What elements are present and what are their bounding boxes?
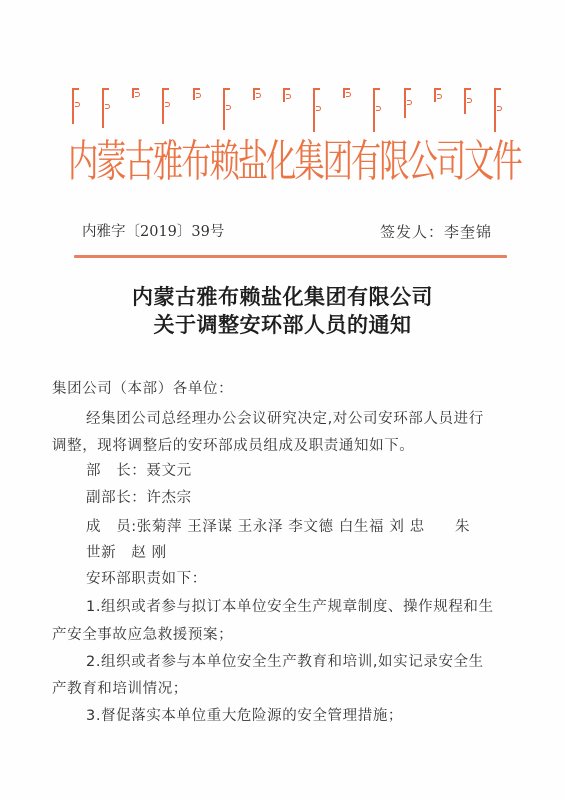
roster-deputy: 副部长：许杰宗 [86, 488, 546, 508]
document-title-line-1: 内蒙古雅布赖盐化集团有限公司 [0, 283, 565, 311]
mongolian-glyph [132, 88, 142, 98]
duty-item-2: 2.组织或者参与本单位安全生产教育和培训,如实记录安全生 [86, 652, 546, 672]
mongolian-glyph [193, 88, 203, 100]
paragraph-line: 调整，现将调整后的安环部成员组成及职责通知如下。 [52, 436, 512, 456]
mongolian-glyph [72, 88, 82, 124]
salutation: 集团公司（本部）各单位： [52, 379, 512, 399]
mongolian-script-header [72, 88, 504, 134]
mongolian-glyph [102, 88, 112, 128]
mongolian-glyph [313, 88, 323, 132]
mongolian-glyph [223, 88, 233, 130]
mongolian-glyph [464, 88, 474, 114]
mongolian-glyph [253, 88, 263, 100]
duty-item-3: 3.督促落实本单位重大危险源的安全管理措施； [86, 706, 546, 726]
mongolian-glyph [343, 88, 353, 98]
masthead-title: 内蒙古雅布赖盐化集团有限公司文件 [68, 134, 372, 190]
duty-item-1-continued: 产安全事故应急救援预案； [52, 625, 512, 645]
paragraph-line: 经集团公司总经理办公会议研究决定,对公司安环部人员进行 [86, 409, 546, 429]
document-title-line-2: 关于调整安环部人员的通知 [0, 311, 565, 339]
signer: 签发人：李奎锦 [380, 222, 492, 242]
mongolian-glyph [283, 88, 293, 102]
red-divider-line [74, 255, 507, 258]
roster-members: 成 员:张菊萍 王泽谋 王永泽 李文德 白生福 刘 忠 朱 [86, 517, 546, 537]
mongolian-glyph [404, 88, 414, 118]
mongolian-glyph [162, 88, 172, 124]
mongolian-glyph [434, 88, 444, 102]
document-number: 内雅字〔2019〕39号 [82, 222, 224, 242]
duty-item-1: 1.组织或者参与拟订本单位安全生产规章制度、操作规程和生 [86, 597, 546, 617]
roster-director: 部 长：聂文元 [86, 461, 546, 481]
duties-heading: 安环部职责如下： [86, 569, 546, 589]
mongolian-glyph [494, 88, 504, 132]
duty-item-2-continued: 产教育和培训情况； [52, 679, 512, 699]
roster-members-continued: 世新 赵 刚 [86, 543, 546, 563]
mongolian-glyph [373, 88, 383, 132]
